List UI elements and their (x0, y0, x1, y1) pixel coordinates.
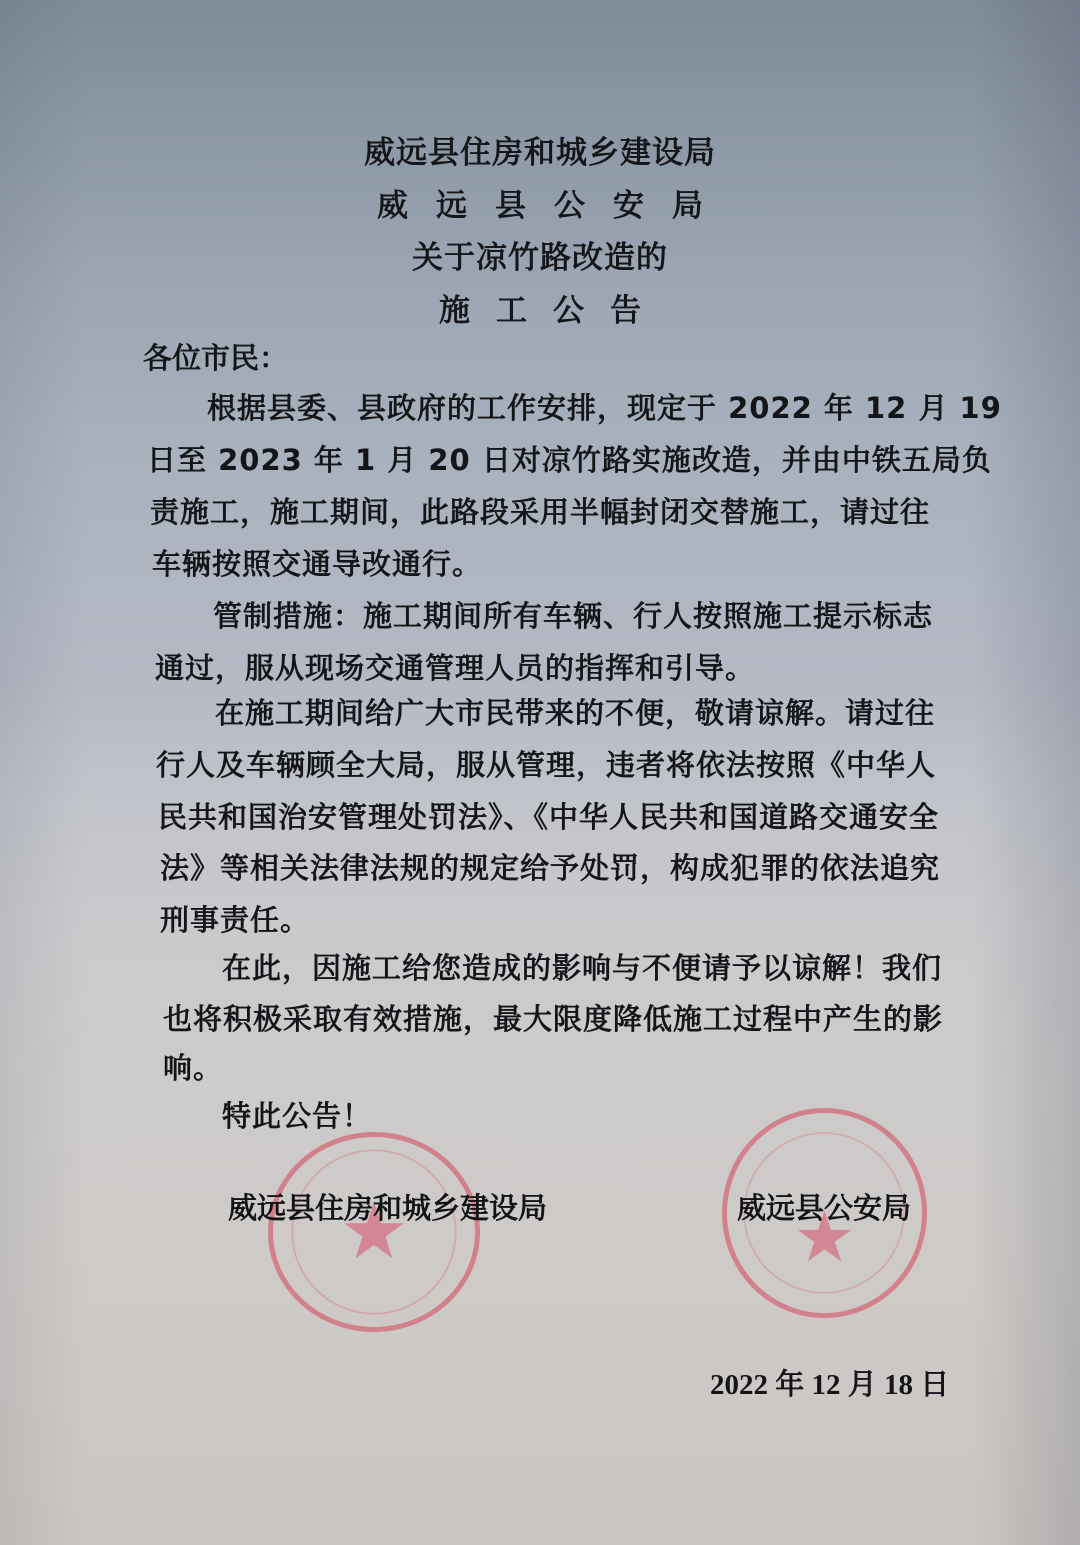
closing-statement: 特此公告！ (222, 1094, 372, 1135)
body-line: 民共和国治安管理处罚法》、《中华人民共和国道路交通安全 (158, 795, 939, 836)
notice-document: 威远县住房和城乡建设局 威远县公安局 关于凉竹路改造的 施工公告 各位市民： 根… (0, 0, 1080, 1545)
body-line: 在施工期间给广大市民带来的不便，敬请谅解。请过往 (215, 691, 935, 732)
body-line: 在此，因施工给您造成的影响与不便请予以谅解！我们 (222, 946, 942, 987)
seal-housing-bureau: ★ (268, 1132, 480, 1332)
body-line: 法》等相关法律法规的规定给予处罚，构成犯罪的依法追究 (160, 846, 940, 887)
issue-date: 2022 年 12 月 18 日 (710, 1362, 949, 1403)
issuer-public-security-bureau: 威远县公安局 (0, 180, 1080, 225)
body-line: 车辆按照交通导改通行。 (152, 542, 482, 583)
issuer-housing-bureau: 威远县住房和城乡建设局 (0, 127, 1080, 172)
body-line: 根据县委、县政府的工作安排，现定于 2022 年 12 月 19 (207, 386, 1002, 427)
body-line: 也将积极采取有效措施，最大限度降低施工过程中产生的影 (163, 997, 943, 1038)
body-line: 管制措施：施工期间所有车辆、行人按照施工提示标志 (213, 594, 933, 635)
signature-housing-bureau: 威远县住房和城乡建设局 (228, 1186, 547, 1227)
body-line: 责施工，施工期间，此路段采用半幅封闭交替施工，请过往 (150, 490, 930, 531)
body-line: 刑事责任。 (160, 898, 310, 939)
body-line: 响。 (163, 1046, 223, 1087)
body-line: 日至 2023 年 1 月 20 日对凉竹路实施改造，并由中铁五局负 (147, 438, 992, 479)
body-line: 通过，服从现场交通管理人员的指挥和引导。 (155, 646, 755, 687)
body-line: 行人及车辆顾全大局，服从管理，违者将依法按照《中华人 (156, 743, 936, 784)
signature-public-security-bureau: 威远县公安局 (737, 1186, 911, 1227)
notice-subject: 关于凉竹路改造的 (0, 232, 1080, 277)
notice-doc-type: 施工公告 (0, 285, 1080, 330)
salutation: 各位市民： (143, 336, 288, 377)
